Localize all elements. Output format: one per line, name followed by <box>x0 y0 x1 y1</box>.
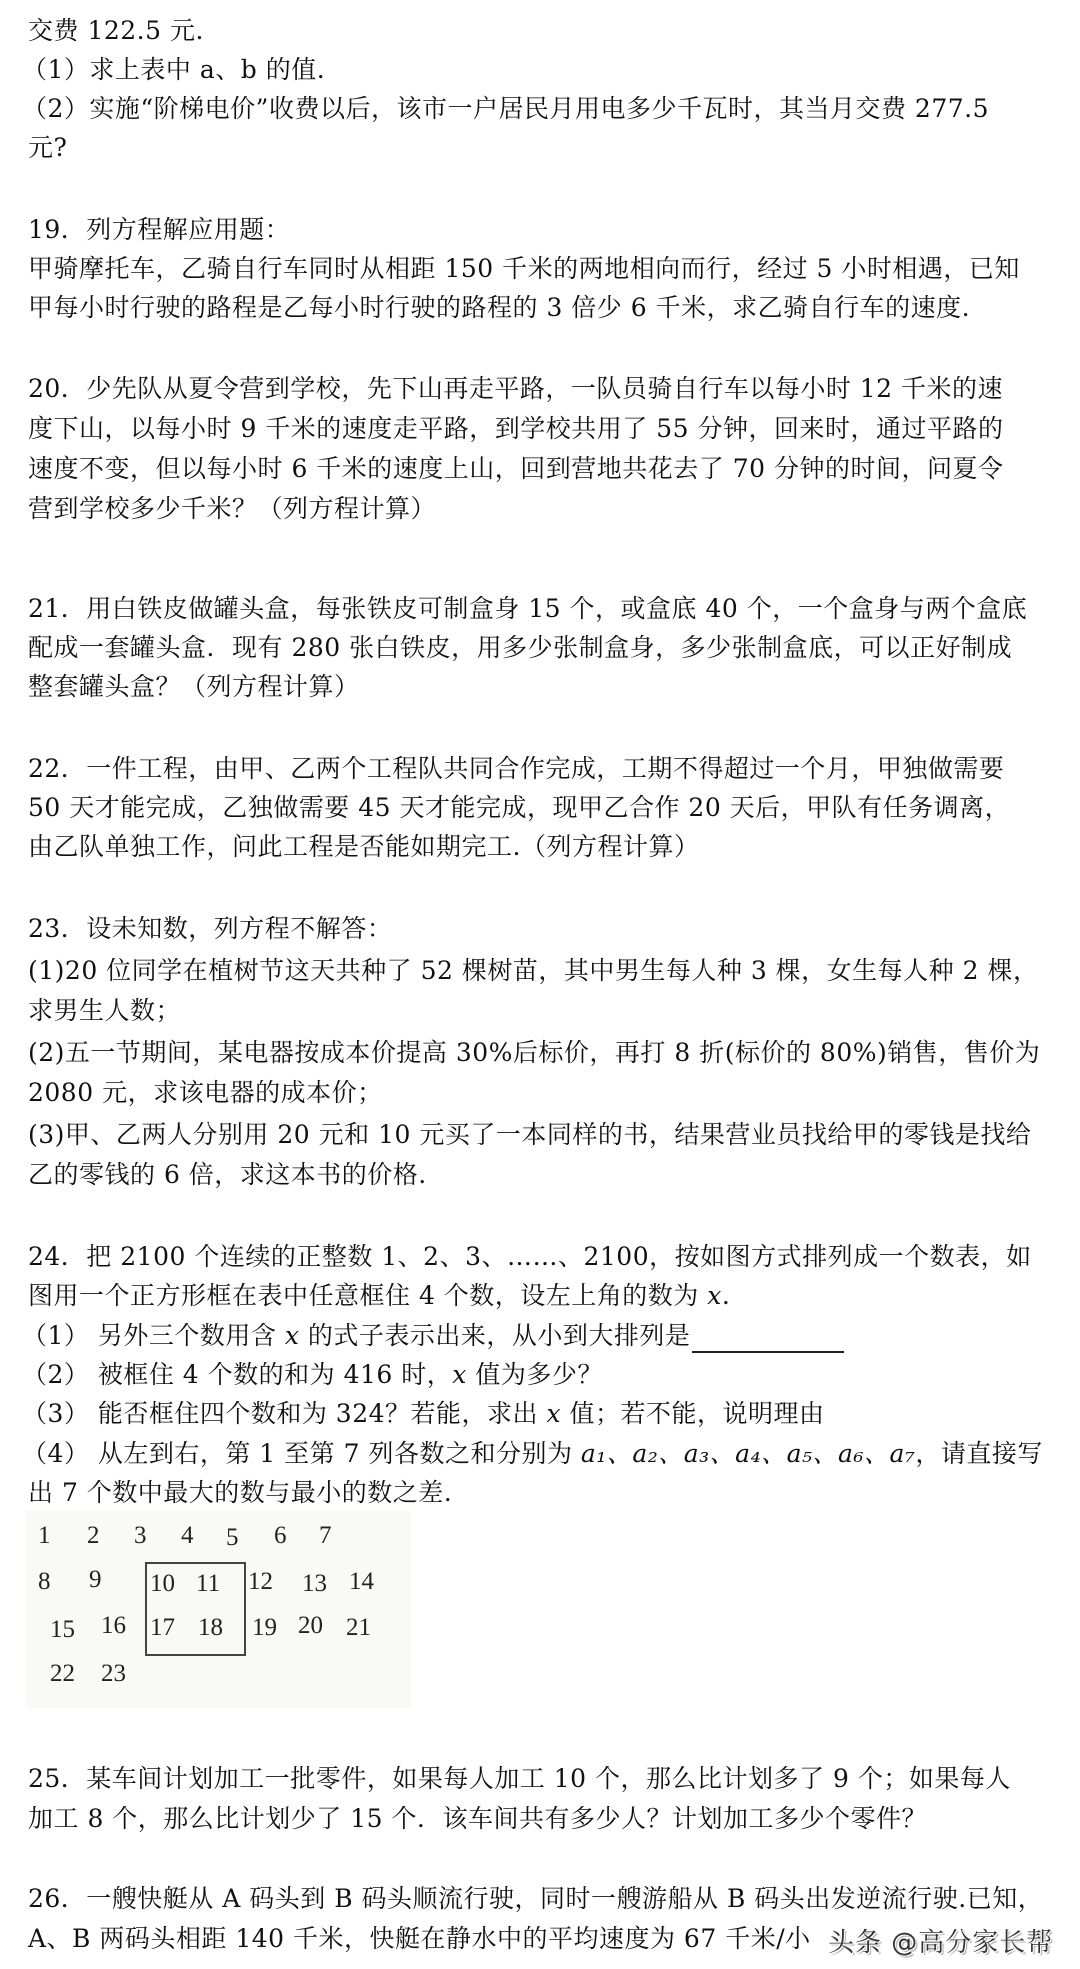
q23-title: 23．设未知数，列方程不解答： <box>28 912 392 946</box>
q25-line-2: 加工 8 个，那么比计划少了 15 个．该车间共有多少人？计划加工多少个零件？ <box>28 1802 927 1836</box>
table-cell: 6 <box>274 1522 287 1550</box>
table-cell: 15 <box>50 1616 75 1644</box>
q18-sub-2: （2）实施“阶梯电价”收费以后，该市一户居民月用电多少千瓦时，其当月交费 277… <box>22 92 989 126</box>
table-cell: 14 <box>349 1568 374 1596</box>
variable-x: x <box>452 1360 467 1389</box>
table-cell: 2 <box>87 1522 100 1550</box>
q24-sub-4-text-b: ，请直接写 <box>915 1439 1043 1468</box>
q24-sub-2: （2） 被框住 4 个数的和为 416 时，x 值为多少？ <box>22 1358 603 1392</box>
table-cell: 22 <box>50 1660 75 1688</box>
q18-line-1: 交费 122.5 元. <box>28 14 204 48</box>
variable-x: x <box>285 1321 300 1350</box>
square-frame <box>145 1562 246 1656</box>
q26-line-2: A、B 两码头相距 140 千米，快艇在静水中的平均速度为 67 千米/小 <box>28 1922 811 1956</box>
q25-line-1: 25．某车间计划加工一批零件，如果每人加工 10 个，那么比计划多了 9 个；如… <box>28 1762 1011 1796</box>
q24-intro-1: 24．把 2100 个连续的正整数 1、2、3、……、2100，按如图方式排列成… <box>28 1240 1032 1274</box>
table-cell: 21 <box>346 1614 371 1642</box>
q24-sub-4: （4） 从左到右，第 1 至第 7 列各数之和分别为 a₁、a₂、a₃、a₄、a… <box>22 1437 1043 1471</box>
q19-line-2: 甲骑摩托车，乙骑自行车同时从相距 150 千米的两地相向而行，经过 5 小时相遇… <box>28 252 1020 286</box>
table-cell: 23 <box>101 1660 126 1688</box>
table-cell: 16 <box>101 1612 126 1640</box>
table-cell: 8 <box>38 1568 51 1596</box>
table-cell: 4 <box>181 1522 194 1550</box>
table-cell: 7 <box>319 1522 332 1550</box>
table-cell: 1 <box>38 1522 51 1550</box>
table-cell: 9 <box>89 1566 102 1594</box>
table-cell: 12 <box>248 1568 273 1596</box>
q24-sub-1-text-b: 的式子表示出来，从小到大排列是 <box>299 1321 690 1350</box>
watermark: 头条 @高分家长帮 <box>828 1922 1053 1959</box>
table-cell: 13 <box>302 1570 327 1598</box>
q21-line-1: 21．用白铁皮做罐头盒，每张铁皮可制盒身 15 个，或盒底 40 个，一个盒身与… <box>28 592 1027 626</box>
answer-blank <box>692 1325 844 1353</box>
q18-line-4: 元? <box>28 131 67 165</box>
table-cell: 20 <box>298 1612 323 1640</box>
variables-a1-a7: a₁、a₂、a₃、a₄、a₅、a₆、a₇ <box>581 1439 916 1468</box>
q22-line-1: 22．一件工程，由甲、乙两个工程队共同合作完成，工期不得超过一个月，甲独做需要 <box>28 752 1004 786</box>
q24-sub-3-text-b: 值；若不能，说明理由 <box>561 1399 824 1428</box>
q24-intro-2: 图用一个正方形框在表中任意框住 4 个数，设左上角的数为 x. <box>28 1279 730 1313</box>
q21-line-3: 整套罐头盒？（列方程计算） <box>28 670 360 704</box>
q24-sub-1-text-a: （1） 另外三个数用含 <box>22 1321 285 1350</box>
q20-line-3: 速度不变，但以每小时 6 千米的速度上山，回到营地共花去了 70 分钟的时间，问… <box>28 452 1004 486</box>
table-cell: 5 <box>226 1524 239 1552</box>
q22-line-2: 50 天才能完成，乙独做需要 45 天才能完成，现甲乙合作 20 天后，甲队有任… <box>28 791 1010 825</box>
q20-line-1: 20．少先队从夏令营到学校，先下山再走平路，一队员骑自行车以每小时 12 千米的… <box>28 372 1003 406</box>
q23-sub-1a: (1)20 位同学在植树节这天共种了 52 棵树苗，其中男生每人种 3 棵，女生… <box>28 954 1038 988</box>
q18-sub-1: （1）求上表中 a、b 的值. <box>22 53 325 87</box>
table-cell: 3 <box>134 1522 147 1550</box>
variable-x: x <box>707 1281 722 1310</box>
q24-sub-2-text-b: 值为多少？ <box>467 1360 603 1389</box>
q24-sub-4-text-a: （4） 从左到右，第 1 至第 7 列各数之和分别为 <box>22 1439 581 1468</box>
q24-sub-2-text-a: （2） 被框住 4 个数的和为 416 时， <box>22 1360 452 1389</box>
q19-title: 19．列方程解应用题： <box>28 213 290 247</box>
q23-sub-3a: (3)甲、乙两人分别用 20 元和 10 元买了一本同样的书，结果营业员找给甲的… <box>28 1118 1031 1152</box>
q23-sub-2a: (2)五一节期间，某电器按成本价提高 30%后标价，再打 8 折(标价的 80%… <box>28 1036 1040 1070</box>
q24-sub-3: （3） 能否框住四个数和为 324？若能，求出 x 值；若不能，说明理由 <box>22 1397 825 1431</box>
q23-sub-2b: 2080 元，求该电器的成本价； <box>28 1076 383 1110</box>
q24-sub-1: （1） 另外三个数用含 x 的式子表示出来，从小到大排列是 <box>22 1319 844 1353</box>
q19-line-3: 甲每小时行驶的路程是乙每小时行驶的路程的 3 倍少 6 千米，求乙骑自行车的速度… <box>28 291 970 325</box>
q26-line-1: 26．一艘快艇从 A 码头到 B 码头顺流行驶，同时一艘游船从 B 码头出发逆流… <box>28 1882 1043 1916</box>
table-cell: 19 <box>252 1614 277 1642</box>
variable-x: x <box>546 1399 561 1428</box>
q24-sub-4-cont: 出 7 个数中最大的数与最小的数之差. <box>28 1476 452 1510</box>
q24-intro-2-end: . <box>722 1281 730 1310</box>
q23-sub-1b: 求男生人数； <box>28 994 181 1028</box>
q20-line-2: 度下山，以每小时 9 千米的速度走平路，到学校共用了 55 分钟，回来时，通过平… <box>28 412 1004 446</box>
q20-line-4: 营到学校多少千米？（列方程计算） <box>28 492 436 526</box>
q24-intro-2-text: 图用一个正方形框在表中任意框住 4 个数，设左上角的数为 <box>28 1281 707 1310</box>
q22-line-3: 由乙队单独工作，问此工程是否能如期完工.（列方程计算） <box>28 830 699 864</box>
q24-sub-3-text-a: （3） 能否框住四个数和为 324？若能，求出 <box>22 1399 546 1428</box>
q23-sub-3b: 乙的零钱的 6 倍，求这本书的价格. <box>28 1158 427 1192</box>
q21-line-2: 配成一套罐头盒．现有 280 张白铁皮，用多少张制盒身，多少张制盒底，可以正好制… <box>28 631 1012 665</box>
number-table-figure: 1 2 3 4 5 6 7 8 9 10 11 12 13 14 15 16 1… <box>26 1510 411 1708</box>
